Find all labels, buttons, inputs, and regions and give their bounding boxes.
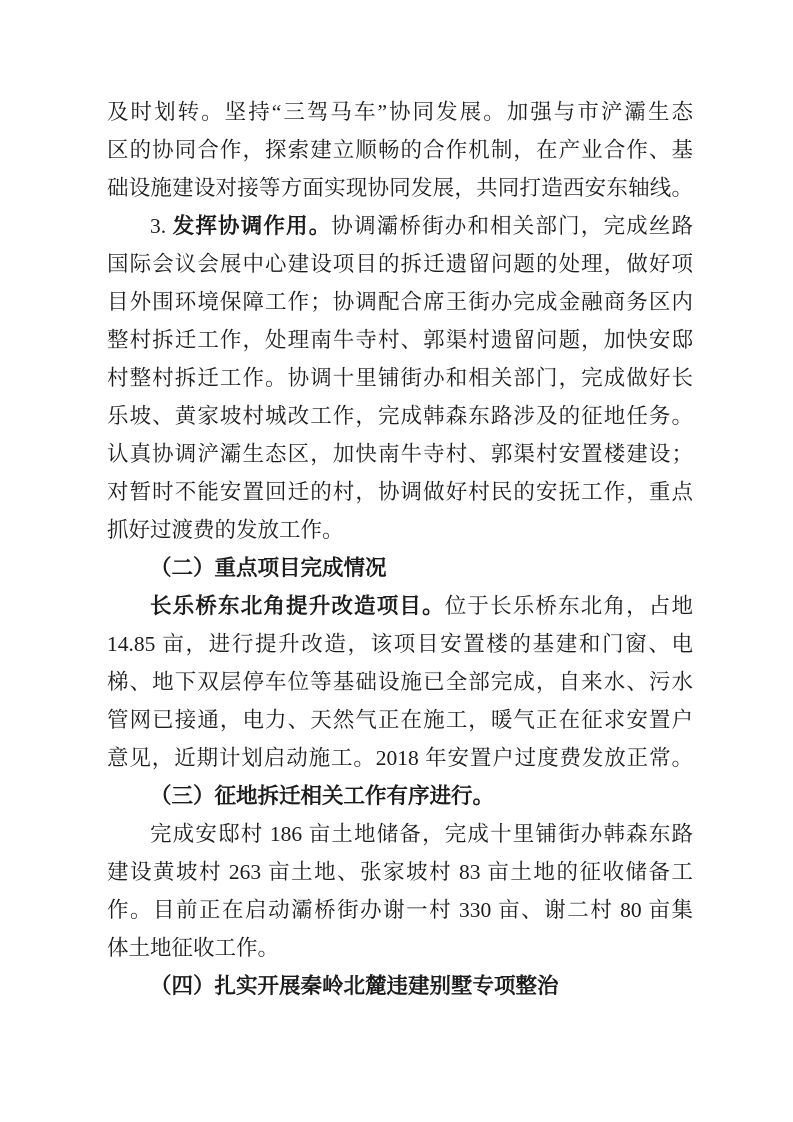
project-title: 长乐桥东北角提升改造项目。 [150, 594, 445, 618]
text-line-paragraph-end: 体土地征收工作。 [107, 929, 693, 967]
document-text-block: 及时划转。坚持“三驾马车”协同发展。加强与市浐灞生态 区的协同合作，探索建立顺畅… [107, 93, 693, 1005]
text-line: 整村拆迁工作，处理南牛寺村、郭渠村遗留问题，加快安邸 [107, 321, 693, 359]
text-line: 梯、地下双层停车位等基础设施已全部完成，自来水、污水 [107, 663, 693, 701]
text-line-item-3: 3. 发挥协调作用。协调灞桥街办和相关部门，完成丝路 [107, 207, 693, 245]
text-line: 乐坡、黄家坡村城改工作，完成韩森东路涉及的征地任务。 [107, 397, 693, 435]
item-number: 3. [150, 214, 173, 238]
text-line: 区的协同合作，探索建立顺畅的合作机制，在产业合作、基 [107, 131, 693, 169]
item-3-text: 协调灞桥街办和相关部门，完成丝路 [331, 214, 693, 238]
text-line: 村整村拆迁工作。协调十里铺街办和相关部门，完成做好长 [107, 359, 693, 397]
text-line: 国际会议会展中心建设项目的拆迁遗留问题的处理，做好项 [107, 245, 693, 283]
text-line: 及时划转。坚持“三驾马车”协同发展。加强与市浐灞生态 [107, 93, 693, 131]
text-line-paragraph-end: 抓好过渡费的发放工作。 [107, 511, 693, 549]
document-page: 及时划转。坚持“三驾马车”协同发展。加强与市浐灞生态 区的协同合作，探索建立顺畅… [0, 0, 793, 1122]
item-3-title: 发挥协调作用。 [173, 214, 332, 238]
section-heading-2: （二）重点项目完成情况 [107, 549, 693, 587]
text-line: 意见，近期计划启动施工。2018 年安置户过度费发放正常。 [107, 739, 693, 777]
text-line: 认真协调浐灞生态区，加快南牛寺村、郭渠村安置楼建设； [107, 435, 693, 473]
project-text: 位于长乐桥东北角，占地 [445, 594, 693, 618]
text-line: 作。目前正在启动灞桥街办谢一村 330 亩、谢二村 80 亩集 [107, 891, 693, 929]
text-line: 础设施建设对接等方面实现协同发展，共同打造西安东轴线。 [107, 169, 693, 207]
text-line: 14.85 亩，进行提升改造，该项目安置楼的基建和门窗、电 [107, 625, 693, 663]
text-line: 建设黄坡村 263 亩土地、张家坡村 83 亩土地的征收储备工 [107, 853, 693, 891]
text-line: 对暂时不能安置回迁的村，协调做好村民的安抚工作，重点 [107, 473, 693, 511]
section-heading-4: （四）扎实开展秦岭北麓违建别墅专项整治 [107, 967, 693, 1005]
text-line: 管网已接通，电力、天然气正在施工，暖气正在征求安置户 [107, 701, 693, 739]
text-line: 目外围环境保障工作；协调配合席王街办完成金融商务区内 [107, 283, 693, 321]
text-line-project: 长乐桥东北角提升改造项目。位于长乐桥东北角，占地 [107, 587, 693, 625]
text-line: 完成安邸村 186 亩土地储备，完成十里铺街办韩森东路 [107, 815, 693, 853]
section-heading-3: （三）征地拆迁相关工作有序进行。 [107, 777, 693, 815]
